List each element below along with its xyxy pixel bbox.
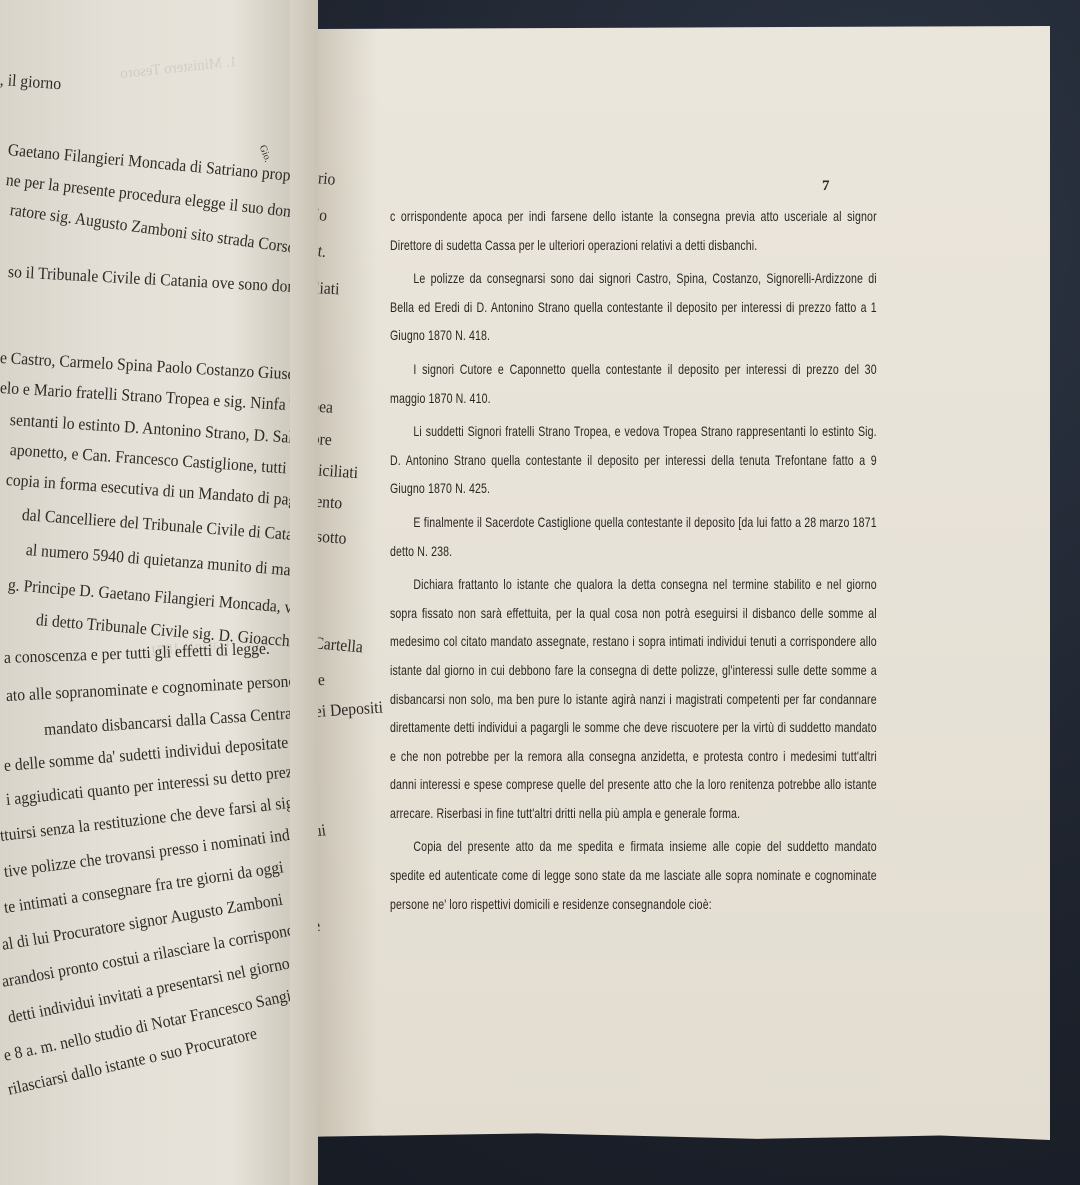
left-text-line: a conoscenza e per tutti gli effetti di … — [4, 639, 270, 668]
paragraph: Le polizze da consegnarsi sono dai signo… — [390, 265, 877, 351]
margin-note: Gio. — [257, 144, 273, 164]
page-number: 7 — [822, 178, 830, 195]
paragraph: I signori Cutore e Caponnetto quella con… — [390, 356, 877, 413]
left-text-line: elo e Mario fratelli Strano Tropea e sig… — [0, 378, 313, 417]
paragraph: Copia del presente atto da me spedita e … — [390, 833, 877, 919]
right-page: 7 c orrispondente apoca per indi farsene… — [318, 26, 1050, 1140]
left-text-line: al numero 5940 di quietanza munito di ma… — [25, 540, 310, 582]
right-page-body: c orrispondente apoca per indi farsene d… — [390, 203, 770, 924]
paragraph: Dichiara frattanto lo istante che qualor… — [390, 571, 877, 828]
paragraph: E finalmente il Sacerdote Castiglione qu… — [390, 509, 877, 566]
paragraph: Li suddetti Signori fratelli Strano Trop… — [390, 418, 877, 504]
bleed-through-text: 1. Ministero Tesoro — [119, 54, 238, 83]
left-text-line: so il Tribunale Civile di Catania ove so… — [7, 262, 320, 298]
left-text-line: dal Cancelliere del Tribunale Civile di … — [21, 505, 334, 548]
left-text-line: , il giorno — [0, 70, 62, 94]
left-text-line: mandato disbancarsi dalla Cassa Centrale… — [43, 699, 356, 740]
left-text-line: ato alle sopranominate e cognominate per… — [5, 670, 318, 706]
left-page: 1. Ministero Tesoro Catania 1871 , il gi… — [0, 0, 290, 1185]
paragraph: c orrispondente apoca per indi farsene d… — [390, 203, 877, 260]
